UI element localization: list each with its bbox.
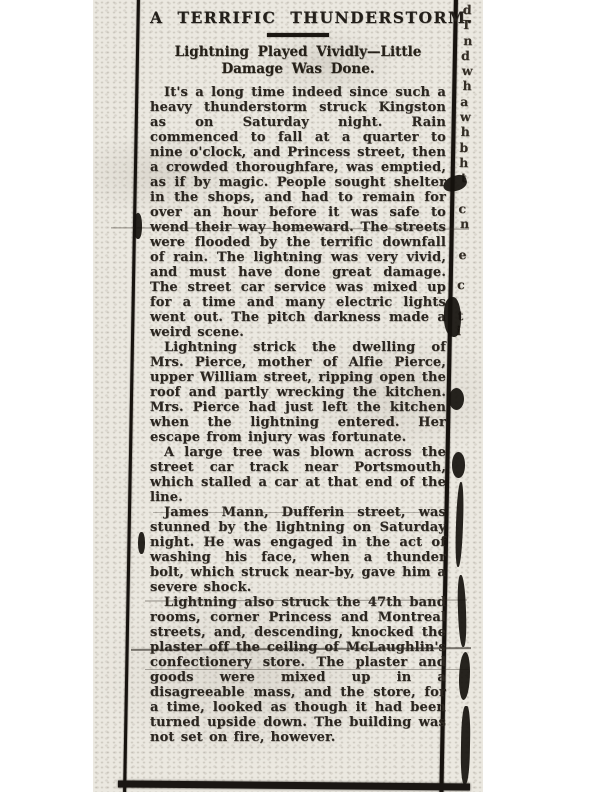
headline: A TERRIFIC THUNDERSTORM. (150, 8, 446, 27)
ink-blot (134, 213, 142, 239)
column-fragment-letter: d (463, 2, 479, 18)
column-fragment-letter: h (459, 155, 475, 171)
column-fragment-letter: w (462, 63, 478, 79)
article-column: A TERRIFIC THUNDERSTORM. Lightning Playe… (150, 8, 446, 745)
column-fragment-letter: n (463, 33, 479, 49)
column-fragment-letter (459, 262, 475, 278)
ink-blot (444, 297, 461, 337)
column-fragment-letter: b (459, 140, 475, 156)
left-column-rule (123, 0, 140, 792)
ink-blot (459, 652, 470, 700)
ink-blot (455, 482, 465, 567)
fold-line (145, 669, 469, 670)
column-fragment-letter: d (461, 48, 477, 64)
column-fragment-letter: T (461, 17, 477, 33)
subheadline: Lightning Played Vividly—Little Damage W… (150, 44, 446, 78)
paragraph: It's a long time indeed since such a hea… (150, 85, 446, 340)
paragraph: A large tree was blown across the street… (150, 445, 446, 505)
column-bottom-rule (118, 780, 470, 790)
ink-blot (452, 452, 465, 478)
ink-blot (449, 388, 464, 410)
fold-line (153, 512, 433, 513)
column-fragment-letter: c (457, 277, 473, 293)
column-fragment-letter: h (461, 124, 477, 140)
newspaper-clipping: A TERRIFIC THUNDERSTORM. Lightning Playe… (93, 0, 483, 792)
column-fragment-letter: w (460, 109, 476, 125)
ink-blot (457, 575, 468, 647)
adjacent-column-fragments: dTndwhawhbhtcnecti (456, 2, 478, 339)
column-fragment-letter: a (460, 94, 476, 110)
subheadline-line2: Damage Was Done. (221, 61, 374, 77)
paragraph: James Mann, Dufferin street, was stunned… (150, 505, 446, 595)
column-fragment-letter: e (458, 247, 474, 263)
ink-blot (138, 532, 145, 554)
column-fragment-letter: c (458, 201, 474, 217)
subheadline-line1: Lightning Played Vividly—Little (175, 44, 422, 60)
ink-blot (460, 706, 470, 784)
column-fragment-letter (458, 231, 474, 247)
article-body: It's a long time indeed since such a hea… (150, 85, 446, 745)
headline-divider (267, 33, 329, 37)
column-fragment-letter: h (462, 79, 478, 95)
paragraph: Lightning strick the dwelling of Mrs. Pi… (150, 340, 446, 445)
